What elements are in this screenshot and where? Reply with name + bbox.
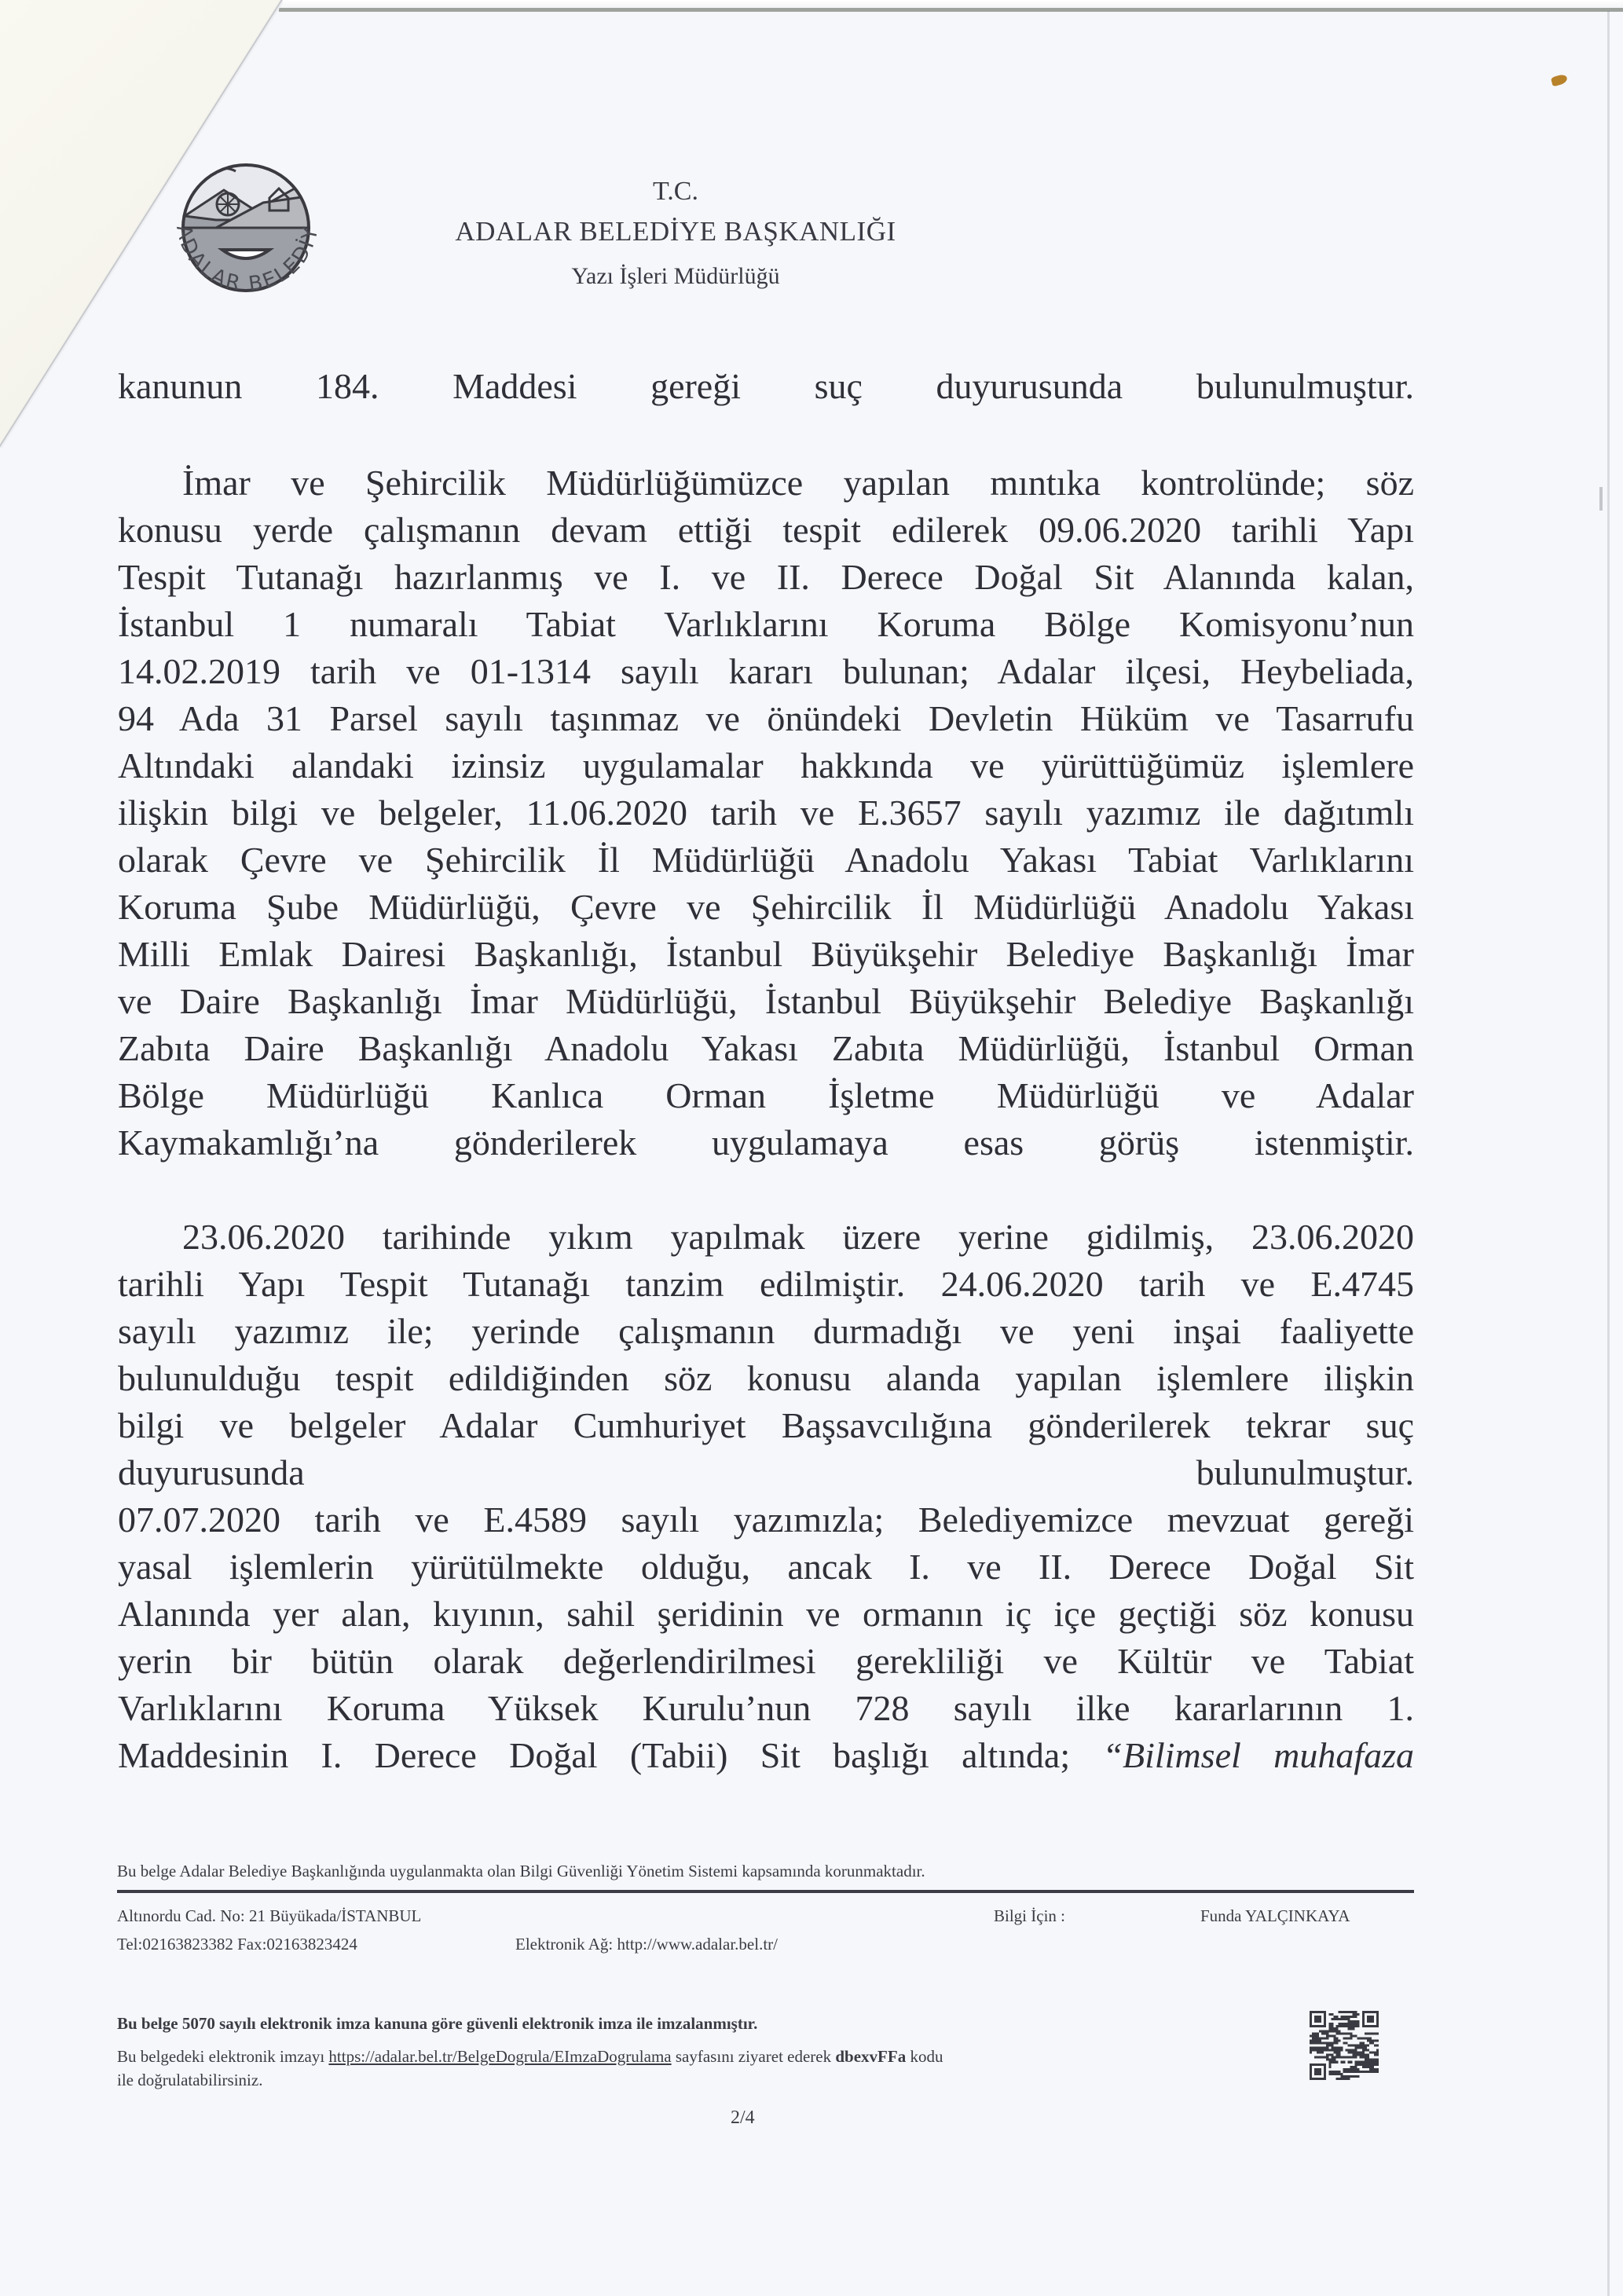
verify-prefix: Bu belgedeki elektronik imzayı bbox=[117, 2047, 328, 2066]
qr-code-icon bbox=[1310, 2010, 1379, 2081]
address: Altınordu Cad. No: 21 Büyükada/İSTANBUL bbox=[117, 1906, 421, 1926]
verify-middle: sayfasını ziyaret ederek bbox=[672, 2047, 836, 2066]
body-line: tarihli Yapı Tespit Tutanağı tanzim edil… bbox=[118, 1261, 1414, 1308]
verify-link[interactable]: https://adalar.bel.tr/BelgeDogrula/EImza… bbox=[328, 2047, 671, 2066]
body-line: Varlıklarını Koruma Yüksek Kurulu’nun 72… bbox=[118, 1685, 1414, 1732]
body-line: Bölge Müdürlüğü Kanlıca Orman İşletme Mü… bbox=[118, 1072, 1414, 1119]
body-line: Altındaki alandaki izinsiz uygulamalar h… bbox=[118, 742, 1414, 789]
esign-statement: Bu belge 5070 sayılı elektronik imza kan… bbox=[117, 2014, 757, 2034]
verify-line-2: ile doğrulatabilirsiniz. bbox=[117, 2071, 262, 2090]
body-line: Zabıta Daire Başkanlığı Anadolu Yakası Z… bbox=[118, 1025, 1414, 1072]
body-line: Maddesinin I. Derece Doğal (Tabii) Sit b… bbox=[118, 1732, 1414, 1779]
header-tc: T.C. bbox=[440, 177, 911, 207]
paragraph-2: İmar ve Şehircilik Müdürlüğümüzce yapıla… bbox=[118, 460, 1414, 1166]
body-line: 94 Ada 31 Parsel sayılı taşınmaz ve önün… bbox=[118, 695, 1414, 742]
body-line: kanunun 184. Maddesi gereği suç duyurusu… bbox=[118, 363, 1414, 410]
body-line: bilgi ve belgeler Adalar Cumhuriyet Başs… bbox=[118, 1402, 1414, 1449]
body-line: olarak Çevre ve Şehircilik İl Müdürlüğü … bbox=[118, 837, 1414, 884]
info-person: Funda YALÇINKAYA bbox=[1200, 1906, 1350, 1926]
page-top-shadow bbox=[279, 8, 1623, 12]
italic-quote-start: “Bilimsel muhafaza bbox=[1102, 1735, 1414, 1775]
verify-code: dbexvFFa bbox=[835, 2047, 906, 2066]
body-line: 23.06.2020 tarihinde yıkım yapılmak üzer… bbox=[118, 1214, 1414, 1261]
paragraph-3: 23.06.2020 tarihinde yıkım yapılmak üzer… bbox=[118, 1214, 1414, 1779]
body-line: 07.07.2020 tarih ve E.4589 sayılı yazımı… bbox=[118, 1496, 1414, 1543]
paragraph-1: kanunun 184. Maddesi gereği suç duyurusu… bbox=[118, 363, 1414, 410]
security-note: Bu belge Adalar Belediye Başkanlığında u… bbox=[117, 1862, 925, 1881]
body-line: Milli Emlak Dairesi Başkanlığı, İstanbul… bbox=[118, 931, 1414, 978]
website[interactable]: Elektronik Ağ: http://www.adalar.bel.tr/ bbox=[515, 1935, 778, 1954]
body-line: yerin bir bütün olarak değerlendirilmesi… bbox=[118, 1638, 1414, 1685]
municipality-seal-icon: ADALAR BELEDİYESİ bbox=[169, 141, 373, 338]
body-line: ilişkin bilgi ve belgeler, 11.06.2020 ta… bbox=[118, 789, 1414, 837]
body-line: yasal işlemlerin yürütülmekte olduğu, an… bbox=[118, 1543, 1414, 1591]
footer-rule bbox=[117, 1890, 1414, 1893]
body-line: bulunulduğu tespit edildiğinden söz konu… bbox=[118, 1355, 1414, 1402]
page-number: 2/4 bbox=[731, 2107, 755, 2129]
phone-fax: Tel:02163823382 Fax:02163823424 bbox=[117, 1935, 357, 1954]
body-line: sayılı yazımız ile; yerinde çalışmanın d… bbox=[118, 1308, 1414, 1355]
header-organization: ADALAR BELEDİYE BAŞKANLIĞI bbox=[440, 216, 911, 247]
header-department: Yazı İşleri Müdürlüğü bbox=[440, 263, 911, 290]
info-label: Bilgi İçin : bbox=[994, 1906, 1065, 1926]
body-line: 14.02.2019 tarih ve 01-1314 sayılı karar… bbox=[118, 648, 1414, 695]
body-line: ve Daire Başkanlığı İmar Müdürlüğü, İsta… bbox=[118, 978, 1414, 1025]
body-line: İstanbul 1 numaralı Tabiat Varlıklarını … bbox=[118, 601, 1414, 648]
body-line: Alanında yer alan, kıyının, sahil şeridi… bbox=[118, 1591, 1414, 1638]
body-line: Koruma Şube Müdürlüğü, Çevre ve Şehircil… bbox=[118, 884, 1414, 931]
verify-suffix: kodu bbox=[906, 2047, 943, 2066]
verify-line: Bu belgedeki elektronik imzayı https://a… bbox=[117, 2047, 943, 2067]
body-line-text: Maddesinin I. Derece Doğal (Tabii) Sit b… bbox=[118, 1735, 1070, 1775]
paper-mark bbox=[1599, 487, 1603, 511]
body-line: konusu yerde çalışmanın devam ettiği tes… bbox=[118, 507, 1414, 554]
body-line: Tespit Tutanağı hazırlanmış ve I. ve II.… bbox=[118, 554, 1414, 601]
body-line: İmar ve Şehircilik Müdürlüğümüzce yapıla… bbox=[118, 460, 1414, 507]
body-line: duyurusunda bulunulmuştur. bbox=[118, 1449, 1414, 1496]
body-line: Kaymakamlığı’na gönderilerek uygulamaya … bbox=[118, 1119, 1414, 1166]
